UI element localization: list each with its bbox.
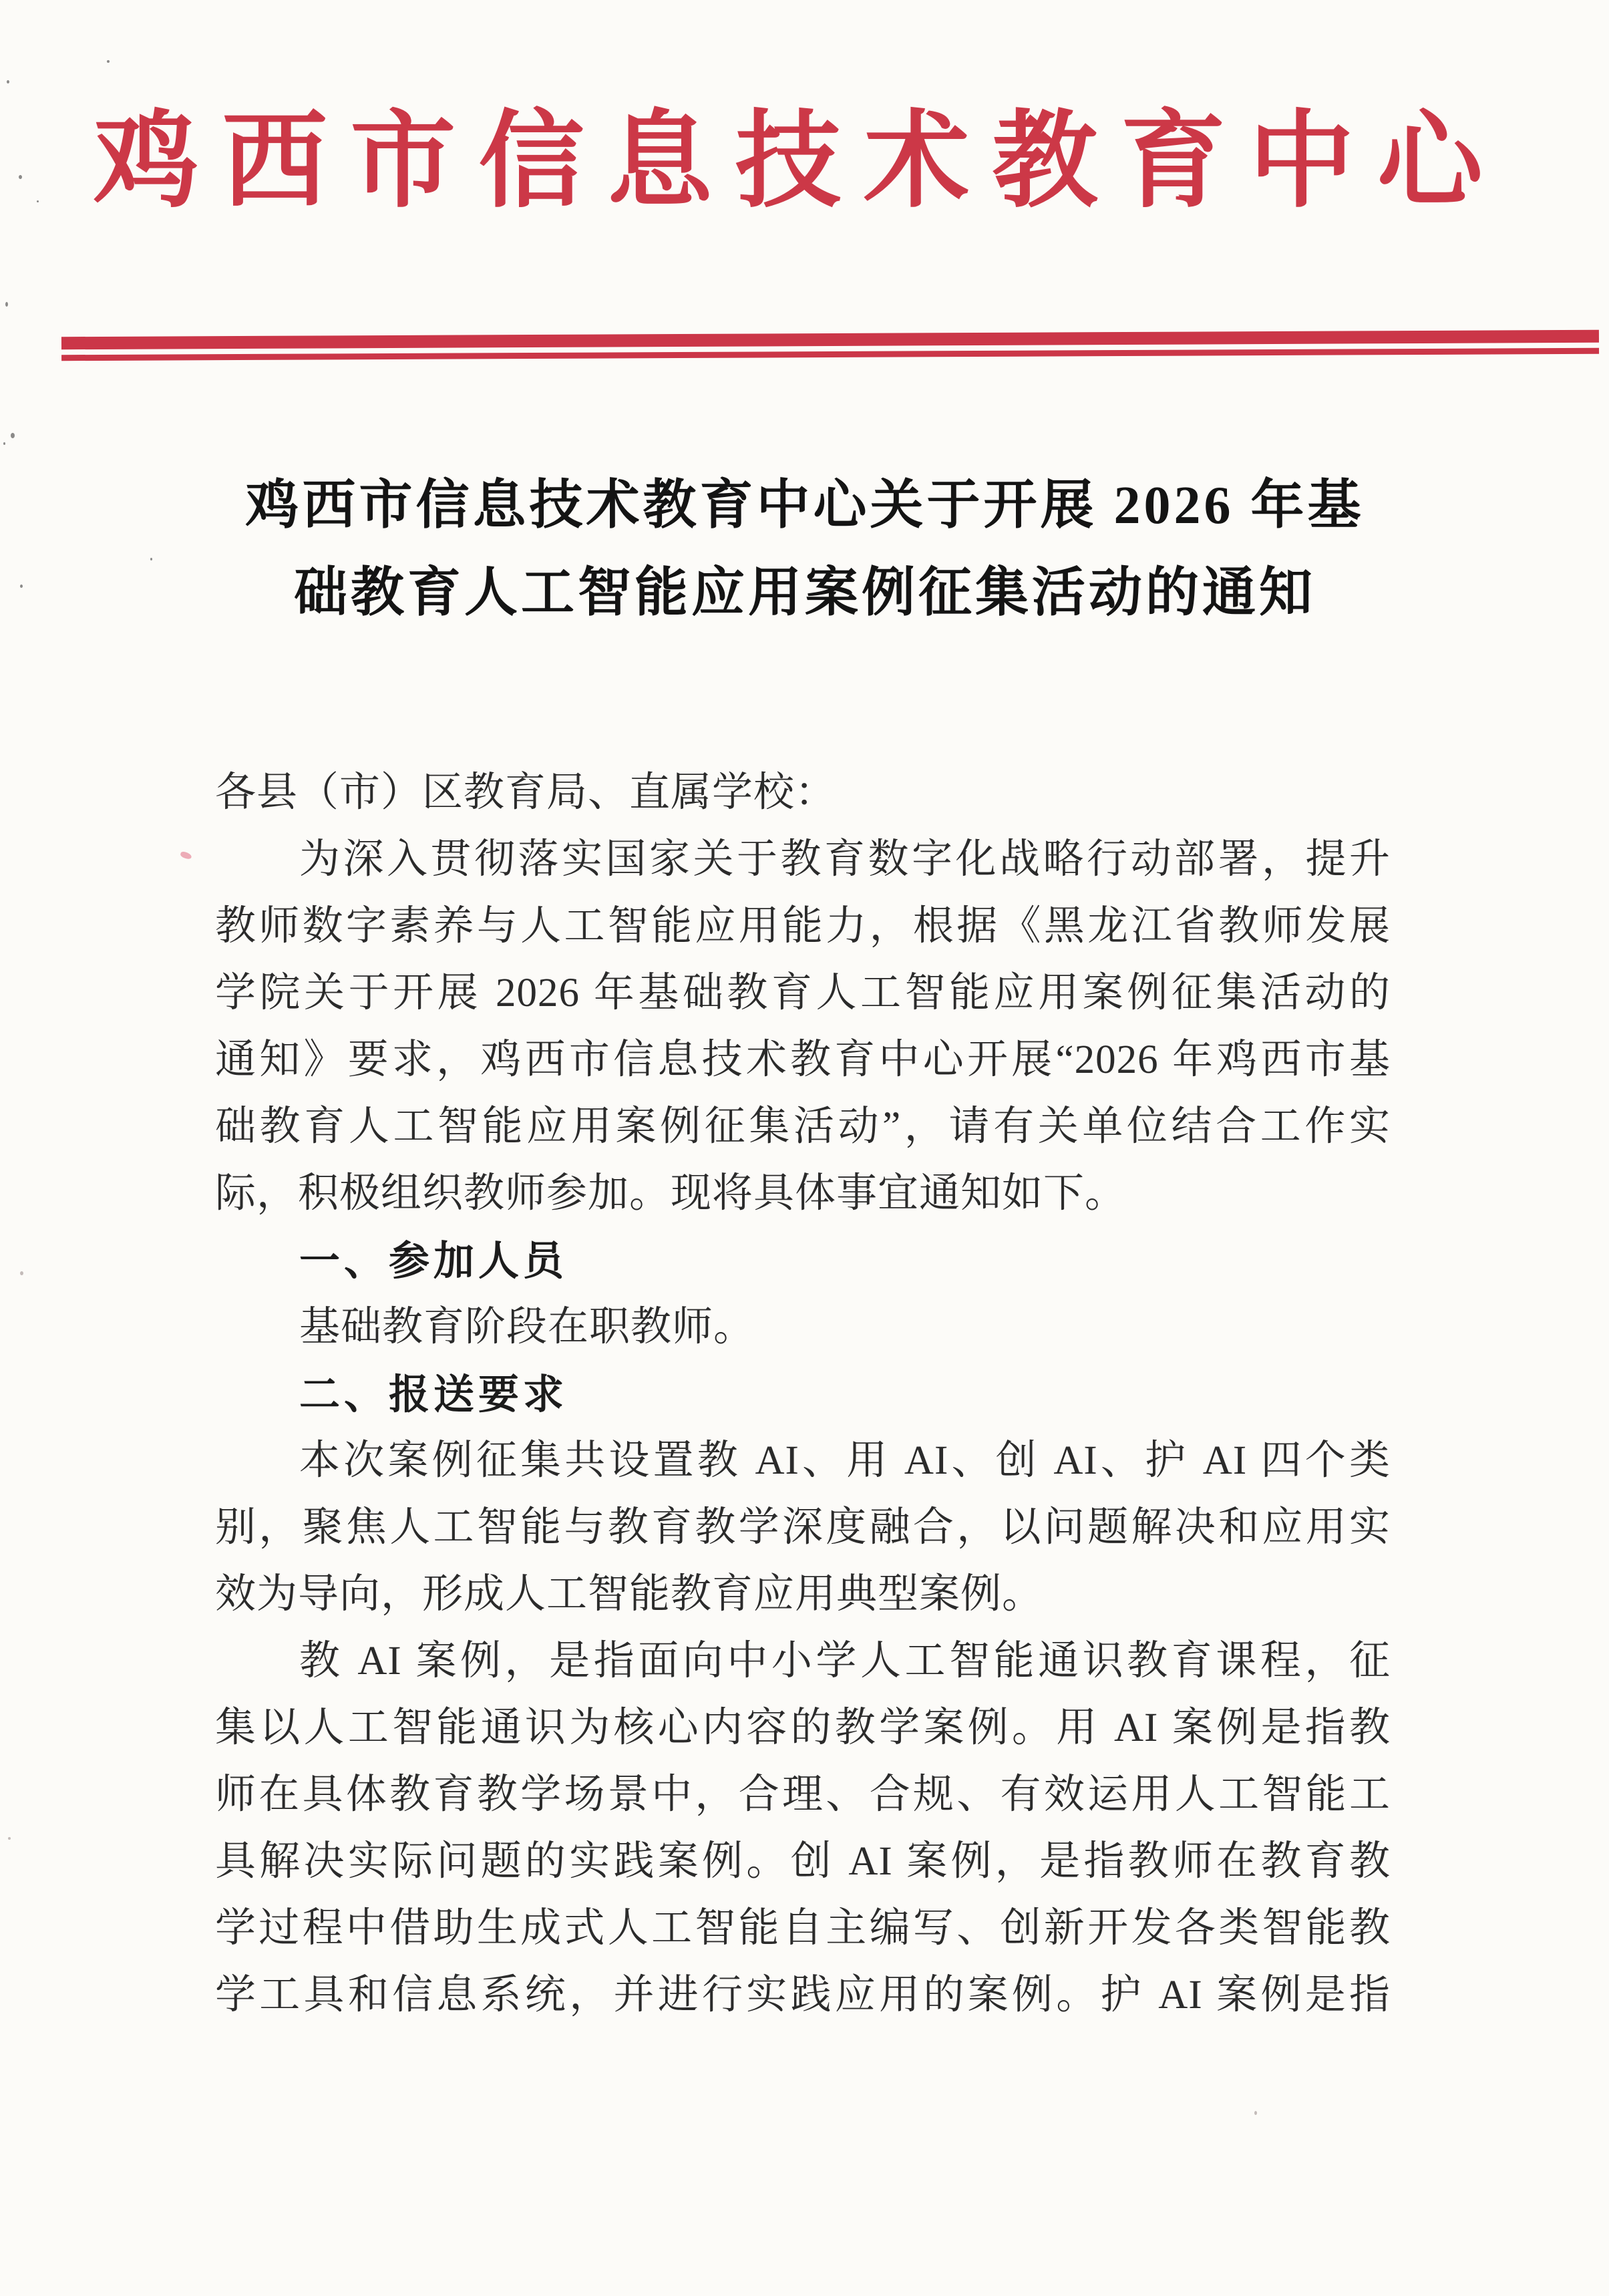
body-line-5: 础教育人工智能应用案例征集活动”，请有关单位结合工作实 (215, 1094, 1391, 1160)
body-line-2: 教师数字素养与人工智能应用能力，根据《黑龙江省教师发展 (215, 893, 1391, 960)
notice-title-line-2: 础教育人工智能应用案例征集活动的通知 (150, 550, 1459, 637)
scan-speck (19, 175, 22, 179)
body-line-14: 集以人工智能通识为核心内容的教学案例。用 AI 案例是指教 (215, 1695, 1391, 1762)
section-heading-1: 一、参加人员 (215, 1227, 1391, 1294)
body-line-8: 基础教育阶段在职教师。 (215, 1294, 1391, 1361)
scan-smudge (180, 851, 192, 860)
body-line-13: 教 AI 案例，是指面向中小学人工智能通识教育课程，征 (215, 1628, 1391, 1695)
body-line-15: 师在具体教育教学场景中，合理、合规、有效运用人工智能工 (215, 1762, 1391, 1828)
body-line-16: 具解决实际问题的实践案例。创 AI 案例，是指教师在教育教 (215, 1828, 1391, 1895)
body-line-10: 本次案例征集共设置教 AI、用 AI、创 AI、护 AI 四个类 (215, 1428, 1391, 1494)
scan-speck (1254, 2111, 1257, 2115)
scan-speck (20, 1271, 23, 1275)
letterhead-divider (61, 330, 1599, 361)
notice-title: 鸡西市信息技术教育中心关于开展 2026 年基 础教育人工智能应用案例征集活动的… (150, 462, 1459, 637)
scan-speck (7, 80, 9, 84)
letterhead-org-name: 鸡西市信息技术教育中心 (94, 99, 1483, 226)
scan-speck (107, 60, 110, 63)
scanned-notice-page: 鸡西市信息技术教育中心 鸡西市信息技术教育中心关于开展 2026 年基 础教育人… (0, 0, 1609, 2296)
scan-speck (11, 433, 15, 438)
body-line-3: 学院关于开展 2026 年基础教育人工智能应用案例征集活动的 (215, 960, 1391, 1027)
body-line-1: 为深入贯彻落实国家关于教育数字化战略行动部署，提升 (215, 826, 1391, 893)
body-line-18: 学工具和信息系统，并进行实践应用的案例。护 AI 案例是指 (215, 1962, 1391, 2029)
section-heading-2: 二、报送要求 (215, 1361, 1391, 1428)
scan-speck (8, 1837, 11, 1840)
body-line-6: 际，积极组织教师参加。现将具体事宜通知如下。 (215, 1160, 1391, 1227)
salutation-line: 各县（市）区教育局、直属学校： (215, 760, 1391, 826)
body-line-11: 别，聚焦人工智能与教育教学深度融合，以问题解决和应用实 (215, 1494, 1391, 1561)
notice-body: 各县（市）区教育局、直属学校： 为深入贯彻落实国家关于教育数字化战略行动部署，提… (215, 760, 1391, 2029)
scan-speck (20, 585, 23, 588)
notice-title-line-1: 鸡西市信息技术教育中心关于开展 2026 年基 (150, 462, 1459, 550)
scan-speck (5, 302, 8, 307)
body-line-4: 通知》要求，鸡西市信息技术教育中心开展“2026 年鸡西市基 (215, 1027, 1391, 1094)
body-line-17: 学过程中借助生成式人工智能自主编写、创新开发各类智能教 (215, 1895, 1391, 1962)
scan-speck (37, 200, 39, 202)
scan-speck (3, 442, 5, 445)
body-line-12: 效为导向，形成人工智能教育应用典型案例。 (215, 1561, 1391, 1628)
scan-speck (150, 558, 152, 560)
